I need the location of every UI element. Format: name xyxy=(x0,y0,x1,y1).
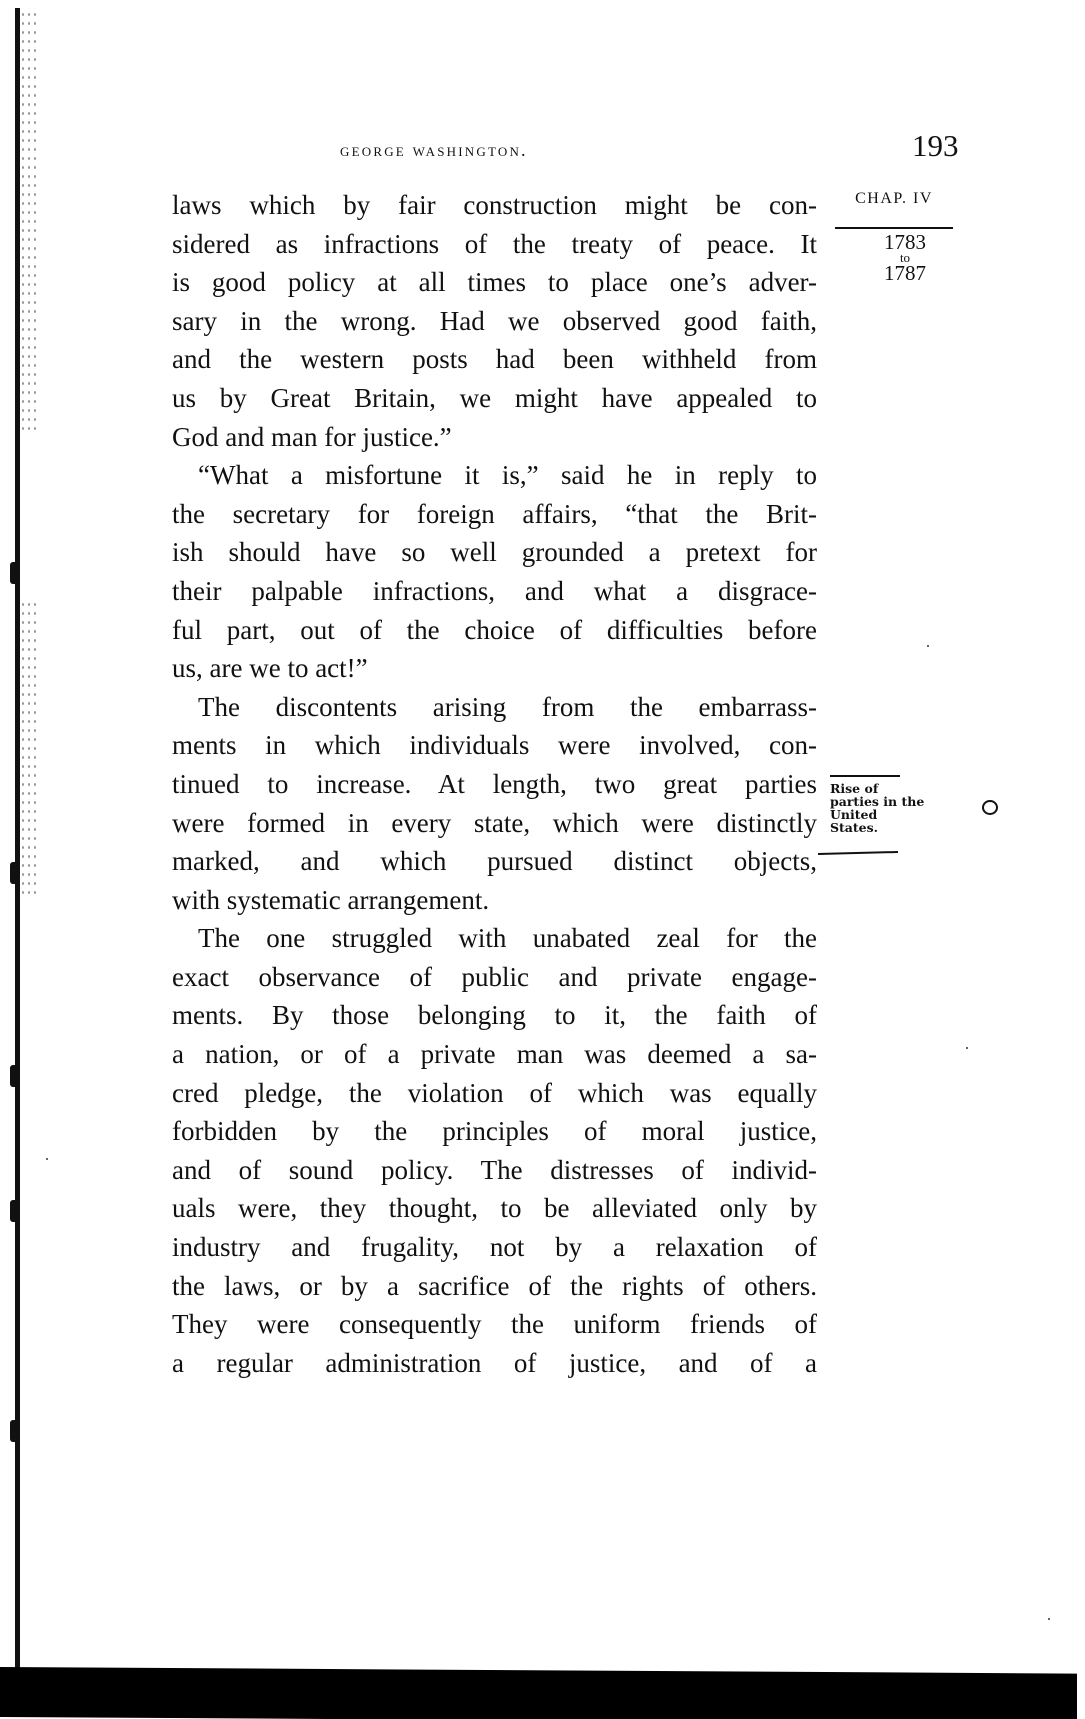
text-line: ful part, out of the choice of difficult… xyxy=(172,611,817,650)
paragraph: The discontents arising from the embarra… xyxy=(172,688,817,920)
paragraph: The one struggled with unabated zeal for… xyxy=(172,919,817,1382)
text-line: the secretary for foreign affairs, “that… xyxy=(172,495,817,534)
text-line: ments. By those belonging to it, the fai… xyxy=(172,996,817,1035)
page-number: 193 xyxy=(912,128,959,164)
text-line: They were consequently the uniform frien… xyxy=(172,1305,817,1344)
paragraph: laws which by fair construction might be… xyxy=(172,186,817,456)
text-line: a regular administration of justice, and… xyxy=(172,1344,817,1383)
binding-speckle xyxy=(20,10,38,430)
binding-bump xyxy=(10,1065,20,1087)
date-end: 1787 xyxy=(884,261,926,285)
binding-bump xyxy=(10,1200,20,1222)
side-note-rule-bottom xyxy=(818,851,898,855)
speck xyxy=(966,1047,968,1049)
text-line: The discontents arising from the embarra… xyxy=(172,688,817,727)
date-range: 1783 to 1787 xyxy=(868,232,942,283)
text-line: and the western posts had been withheld … xyxy=(172,340,817,379)
scan-bottom-shadow xyxy=(0,1667,1077,1719)
text-line: is good policy at all times to place one… xyxy=(172,263,817,302)
text-line: industry and frugality, not by a relaxat… xyxy=(172,1228,817,1267)
text-line: The one struggled with unabated zeal for… xyxy=(172,919,817,958)
side-note-line: States. xyxy=(830,821,960,834)
speck xyxy=(927,645,929,647)
text-line: sary in the wrong. Had we observed good … xyxy=(172,302,817,341)
text-line: sidered as infractions of the treaty of … xyxy=(172,225,817,264)
text-line: the laws, or by a sacrifice of the right… xyxy=(172,1267,817,1306)
speck xyxy=(1048,1618,1050,1620)
binding-bump xyxy=(10,562,20,584)
speck xyxy=(46,1158,48,1160)
body-text: laws which by fair construction might be… xyxy=(172,186,817,1382)
text-line: God and man for justice.” xyxy=(172,418,817,457)
binding-bump xyxy=(10,862,20,884)
text-line: forbidden by the principles of moral jus… xyxy=(172,1112,817,1151)
text-line: ments in which individuals were involved… xyxy=(172,726,817,765)
text-line: laws which by fair construction might be… xyxy=(172,186,817,225)
text-line: uals were, they thought, to be alleviate… xyxy=(172,1189,817,1228)
running-title: GEORGE WASHINGTON. xyxy=(340,140,528,161)
stray-ink-mark xyxy=(982,800,998,815)
chapter-label: CHAP. IV xyxy=(835,190,953,208)
binding-speckle xyxy=(20,600,38,900)
side-note: Rise of parties in the United States. xyxy=(830,782,960,834)
side-note-rule-top xyxy=(830,775,900,777)
text-line: were formed in every state, which were d… xyxy=(172,804,817,843)
text-line: cred pledge, the violation of which was … xyxy=(172,1074,817,1113)
text-line: “What a misfortune it is,” said he in re… xyxy=(172,456,817,495)
text-line: marked, and which pursued distinct objec… xyxy=(172,842,817,881)
text-line: us by Great Britain, we might have appea… xyxy=(172,379,817,418)
text-line: a nation, or of a private man was deemed… xyxy=(172,1035,817,1074)
text-line: ish should have so well grounded a prete… xyxy=(172,533,817,572)
text-line: with systematic arrangement. xyxy=(172,881,817,920)
chapter-rule xyxy=(835,227,953,229)
text-line: and of sound policy. The distresses of i… xyxy=(172,1151,817,1190)
text-line: exact observance of public and private e… xyxy=(172,958,817,997)
binding-bump xyxy=(10,1420,20,1442)
text-line: us, are we to act!” xyxy=(172,649,817,688)
text-line: their palpable infractions, and what a d… xyxy=(172,572,817,611)
text-line: tinued to increase. At length, two great… xyxy=(172,765,817,804)
paragraph: “What a misfortune it is,” said he in re… xyxy=(172,456,817,688)
